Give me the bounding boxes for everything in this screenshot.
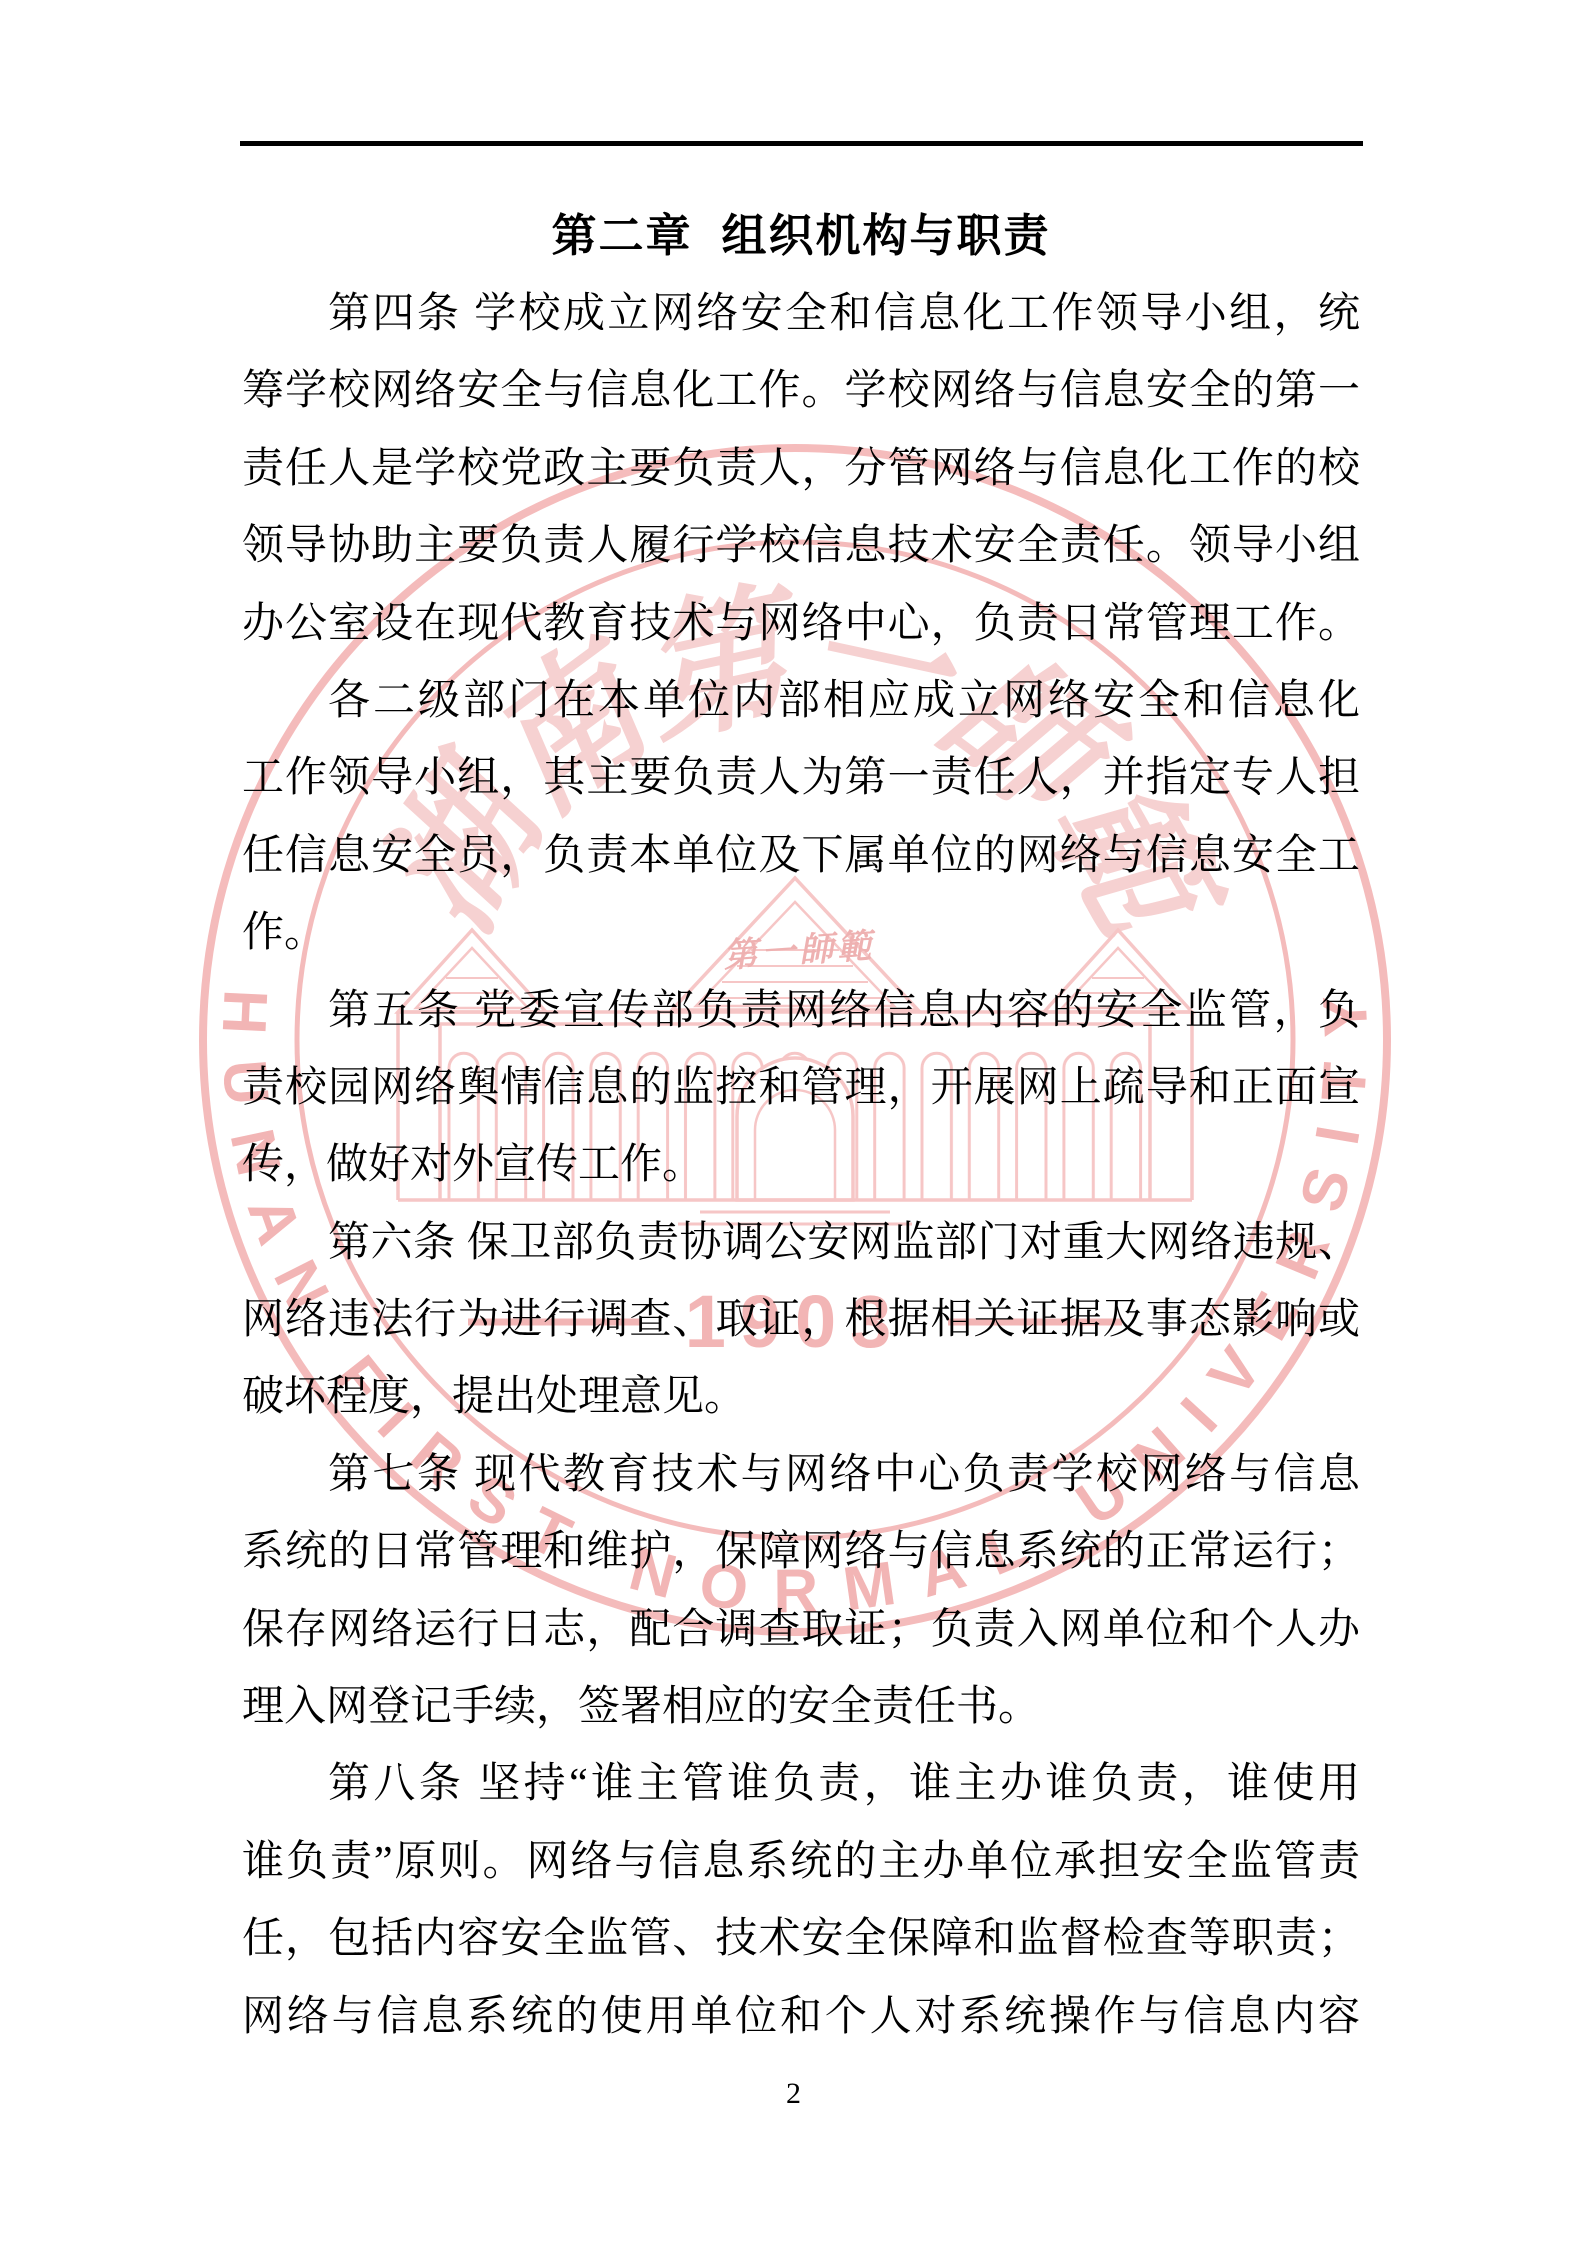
- text-line: 传，做好对外宣传工作。: [242, 1127, 1360, 1204]
- text-line: 第六条 保卫部负责协调公安网监部门对重大网络违规、: [242, 1205, 1360, 1282]
- text-layer: 第二章 组织机构与职责 第四条 学校成立网络安全和信息化工作领导小组，统筹学校网…: [0, 0, 1587, 2245]
- text-line: 谁负责”原则。网络与信息系统的主办单位承担安全监管责: [242, 1824, 1360, 1901]
- text-line: 责任人是学校党政主要负责人，分管网络与信息化工作的校: [242, 431, 1360, 508]
- text-line: 理入网登记手续，签署相应的安全责任书。: [242, 1669, 1360, 1746]
- text-line: 保存网络运行日志，配合调查取证；负责入网单位和个人办: [242, 1592, 1360, 1669]
- text-line: 领导协助主要负责人履行学校信息技术安全责任。领导小组: [242, 508, 1360, 585]
- text-line: 工作领导小组，其主要负责人为第一责任人，并指定专人担: [242, 740, 1360, 817]
- text-line: 作。: [242, 895, 1360, 972]
- text-line: 第八条 坚持“谁主管谁负责，谁主办谁负责，谁使用: [242, 1746, 1360, 1823]
- text-line: 第五条 党委宣传部负责网络信息内容的安全监管，负: [242, 973, 1360, 1050]
- document-page: HUNAN FIRST NORMAL UNIVERSITY 湖南第一師範: [0, 0, 1587, 2245]
- text-line: 筹学校网络安全与信息化工作。学校网络与信息安全的第一: [242, 353, 1360, 430]
- text-line: 任信息安全员，负责本单位及下属单位的网络与信息安全工: [242, 818, 1360, 895]
- header-rule: [240, 141, 1363, 146]
- chapter-title: 第二章 组织机构与职责: [242, 198, 1360, 274]
- text-line: 第七条 现代教育技术与网络中心负责学校网络与信息: [242, 1437, 1360, 1514]
- text-line: 第四条 学校成立网络安全和信息化工作领导小组，统: [242, 276, 1360, 353]
- text-line: 系统的日常管理和维护，保障网络与信息系统的正常运行；: [242, 1514, 1360, 1591]
- text-line: 责校园网络舆情信息的监控和管理，开展网上疏导和正面宣: [242, 1050, 1360, 1127]
- text-line: 破坏程度，提出处理意见。: [242, 1359, 1360, 1436]
- document-body: 第四条 学校成立网络安全和信息化工作领导小组，统筹学校网络安全与信息化工作。学校…: [242, 276, 1360, 2056]
- text-line: 各二级部门在本单位内部相应成立网络安全和信息化: [242, 663, 1360, 740]
- page-number: 2: [0, 2072, 1587, 2116]
- text-line: 网络违法行为进行调查、取证，根据相关证据及事态影响或: [242, 1282, 1360, 1359]
- text-line: 任，包括内容安全监管、技术安全保障和监督检查等职责；: [242, 1901, 1360, 1978]
- text-line: 网络与信息系统的使用单位和个人对系统操作与信息内容: [242, 1979, 1360, 2056]
- text-line: 办公室设在现代教育技术与网络中心，负责日常管理工作。: [242, 586, 1360, 663]
